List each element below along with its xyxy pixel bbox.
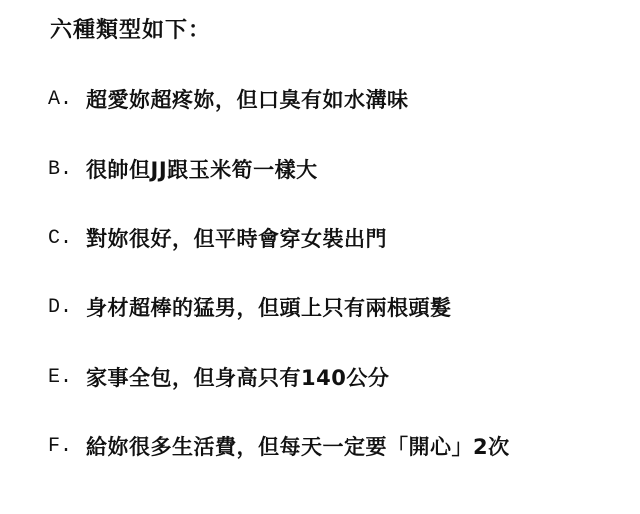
item-text: 對妳很好，但平時會穿女裝出門	[86, 224, 387, 254]
list-item-f: F. 給妳很多生活費，但每天一定要「開心」2次	[48, 432, 510, 462]
item-letter: C.	[48, 224, 86, 254]
item-text: 超愛妳超疼妳，但口臭有如水溝味	[86, 85, 409, 115]
item-text: 身材超棒的猛男，但頭上只有兩根頭髮	[86, 293, 452, 323]
item-letter: F.	[48, 432, 86, 462]
item-text: 家事全包，但身高只有140公分	[86, 363, 389, 393]
item-text: 很帥但JJ跟玉米筍一樣大	[86, 155, 318, 185]
item-letter: A.	[48, 85, 86, 115]
item-text: 給妳很多生活費，但每天一定要「開心」2次	[86, 432, 510, 462]
list-item-a: A. 超愛妳超疼妳，但口臭有如水溝味	[48, 85, 409, 115]
list-item-e: E. 家事全包，但身高只有140公分	[48, 363, 389, 393]
page-title: 六種類型如下：	[50, 16, 211, 46]
list-item-c: C. 對妳很好，但平時會穿女裝出門	[48, 224, 387, 254]
list-item-d: D. 身材超棒的猛男，但頭上只有兩根頭髮	[48, 293, 452, 323]
item-letter: E.	[48, 363, 86, 393]
item-letter: D.	[48, 293, 86, 323]
list-item-b: B. 很帥但JJ跟玉米筍一樣大	[48, 155, 318, 185]
item-letter: B.	[48, 155, 86, 185]
